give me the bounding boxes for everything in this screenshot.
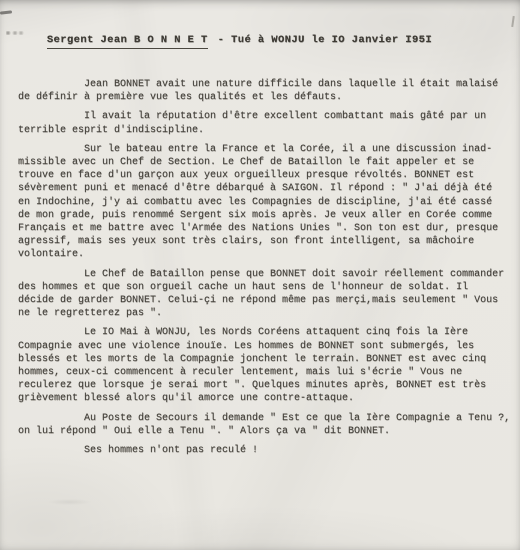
title-subject-name: Sergent Jean B O N N E T: [47, 34, 208, 49]
scanned-document-page: Sergent Jean B O N N E T- Tué à WONJU le…: [0, 0, 520, 550]
scan-artifact-smudge: [40, 497, 100, 507]
scan-artifact-dash: [0, 10, 12, 14]
document-title: Sergent Jean B O N N E T- Tué à WONJU le…: [20, 22, 432, 58]
paragraph-boat-incident: Sur le bateau entre la France et la Coré…: [18, 143, 516, 262]
title-death-note: - Tué à WONJU le IO Janvier I95I: [218, 34, 432, 46]
paragraph-wonju-battle: Le IO Mai à WONJU, les Nords Coréens att…: [18, 326, 516, 405]
scan-artifact-tick: [511, 16, 515, 27]
paragraph-reputation: Il avait la réputation d'être excellent …: [18, 110, 516, 136]
document-body: Jean BONNET avait une nature difficile d…: [18, 78, 516, 463]
paragraph-character: Jean BONNET avait une nature difficile d…: [18, 78, 516, 104]
paragraph-battalion-chief: Le Chef de Bataillon pense que BONNET do…: [18, 268, 516, 321]
paragraph-aid-station: Au Poste de Secours il demande " Est ce …: [18, 412, 516, 438]
paragraph-closing-line: Ses hommes n'ont pas reculé !: [18, 444, 516, 457]
